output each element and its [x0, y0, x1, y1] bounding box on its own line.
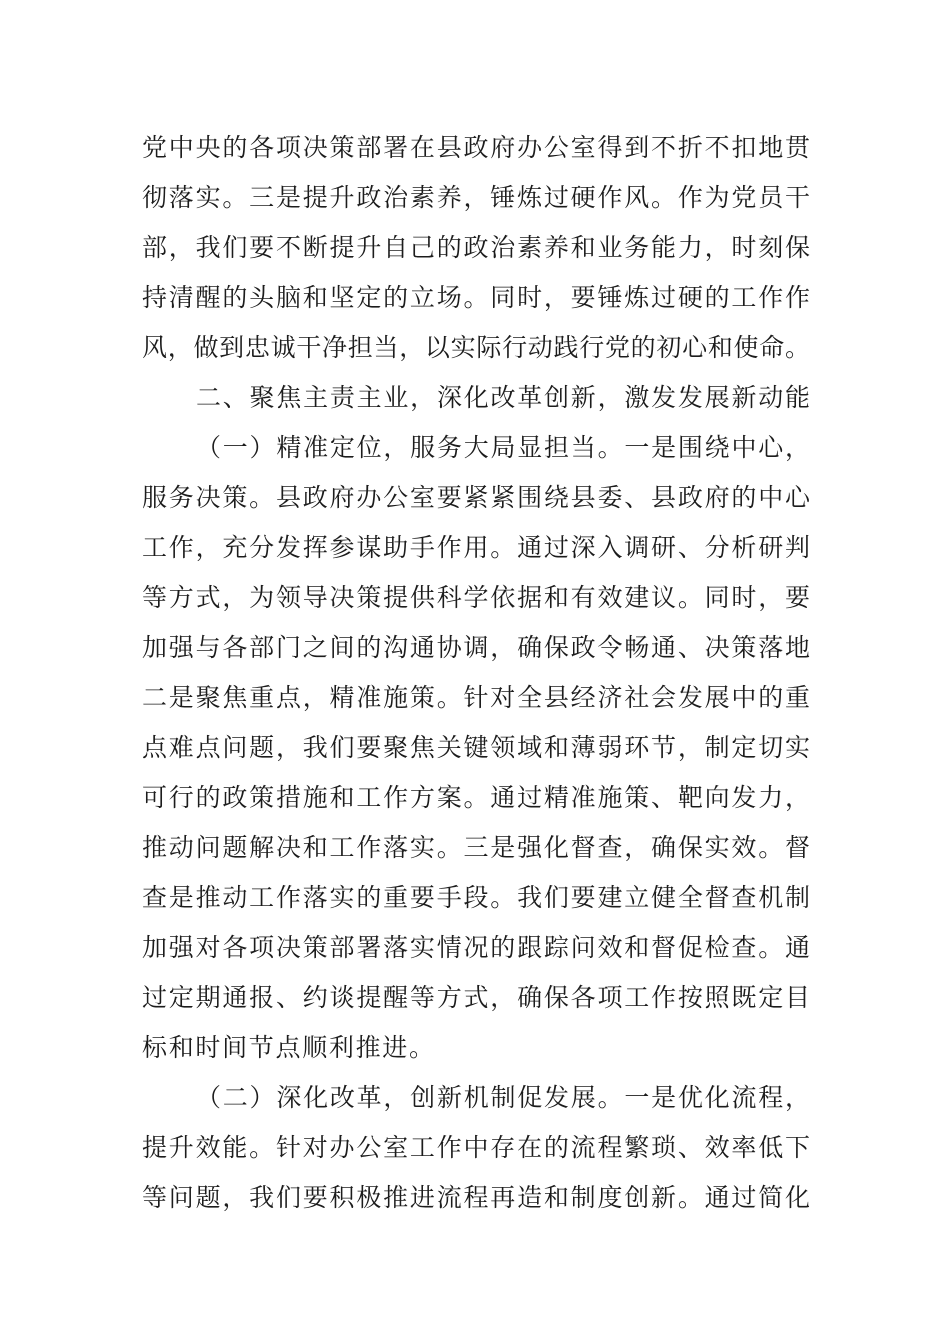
document-page: 党中央的各项决策部署在县政府办公室得到不折不扣地贯 彻落实。三是提升政治素养，锤…: [0, 0, 950, 1344]
text-line: 提升效能。针对办公室工作中存在的流程繁琐、效率低下: [142, 1124, 810, 1174]
text-line: 等问题，我们要积极推进流程再造和制度创新。通过简化: [142, 1174, 810, 1224]
text-line: 服务决策。县政府办公室要紧紧围绕县委、县政府的中心: [142, 474, 810, 524]
text-line: 部，我们要不断提升自己的政治素养和业务能力，时刻保: [142, 224, 810, 274]
text-line: 标和时间节点顺利推进。: [142, 1024, 810, 1074]
text-line: 工作，充分发挥参谋助手作用。通过深入调研、分析研判: [142, 524, 810, 574]
text-line: 二是聚焦重点，精准施策。针对全县经济社会发展中的重: [142, 674, 810, 724]
text-line: 持清醒的头脑和坚定的立场。同时，要锤炼过硬的工作作: [142, 274, 810, 324]
text-line: 风，做到忠诚干净担当，以实际行动践行党的初心和使命。: [142, 324, 810, 374]
text-line: 彻落实。三是提升政治素养，锤炼过硬作风。作为党员干: [142, 174, 810, 224]
section-heading-line: 二、聚焦主责主业，深化改革创新，激发发展新动能: [142, 374, 810, 424]
text-line: 推动问题解决和工作落实。三是强化督查，确保实效。督: [142, 824, 810, 874]
text-line: 点难点问题，我们要聚焦关键领域和薄弱环节，制定切实: [142, 724, 810, 774]
text-line: 查是推动工作落实的重要手段。我们要建立健全督查机制: [142, 874, 810, 924]
text-line: 党中央的各项决策部署在县政府办公室得到不折不扣地贯: [142, 124, 810, 174]
text-line: 可行的政策措施和工作方案。通过精准施策、靶向发力，: [142, 774, 810, 824]
subsection-heading-line: （二）深化改革，创新机制促发展。一是优化流程，: [142, 1074, 810, 1124]
subsection-heading-line: （一）精准定位，服务大局显担当。一是围绕中心，: [142, 424, 810, 474]
text-line: 过定期通报、约谈提醒等方式，确保各项工作按照既定目: [142, 974, 810, 1024]
text-line: 等方式，为领导决策提供科学依据和有效建议。同时，要: [142, 574, 810, 624]
text-line: 加强与各部门之间的沟通协调，确保政令畅通、决策落地: [142, 624, 810, 674]
document-text-block: 党中央的各项决策部署在县政府办公室得到不折不扣地贯 彻落实。三是提升政治素养，锤…: [142, 124, 810, 1224]
text-line: 加强对各项决策部署落实情况的跟踪问效和督促检查。通: [142, 924, 810, 974]
